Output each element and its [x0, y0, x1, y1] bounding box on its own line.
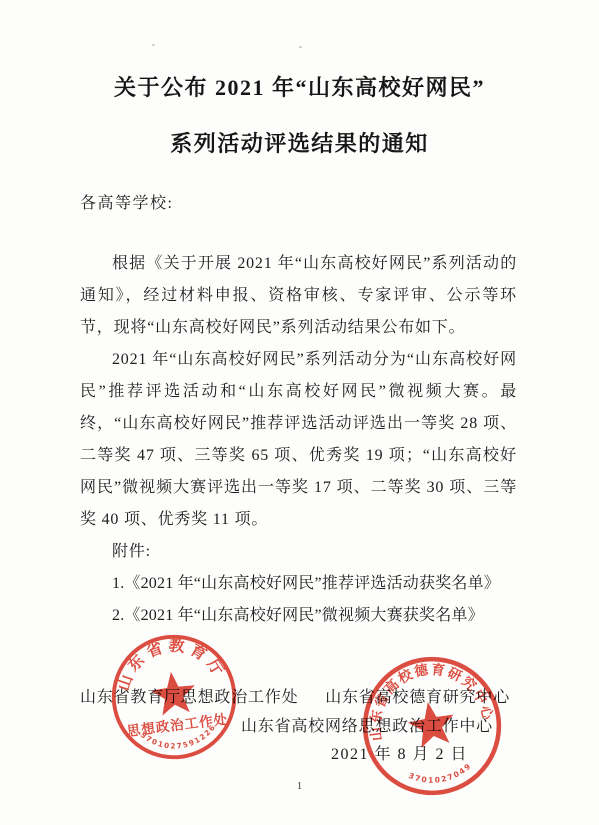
scan-speck [152, 44, 155, 46]
seal-serial: 3701027591226 [138, 721, 220, 755]
document-title-line1: 关于公布 2021 年“山东高校好网民” [0, 60, 599, 116]
salutation: 各高等学校: [80, 190, 173, 213]
attachments-label: 附件: [80, 536, 517, 568]
seal-banner-text: 思想政治工作处 [126, 711, 229, 739]
signature-org-1: 山东省教育厅思想政治工作处 [80, 684, 298, 707]
signature-line-1: 山东省教育厅思想政治工作处 山东省高校德育研究中心 [80, 684, 510, 707]
document-title-line2: 系列活动评选结果的通知 [0, 116, 599, 172]
page-number: 1 [0, 780, 599, 792]
date-line: 2021 年 8 月 2 日 [331, 741, 468, 764]
signature-line-2: 山东省高校网络思想政治工作中心 [241, 713, 493, 736]
document-body: 根据《关于开展 2021 年“山东高校好网民”系列活动的通知》，经过材料申报、资… [80, 248, 517, 632]
paragraph: 根据《关于开展 2021 年“山东高校好网民”系列活动的通知》，经过材料申报、资… [80, 248, 517, 344]
attachment-item: 2.《2021 年“山东高校好网民”微视频大赛获奖名单》 [80, 600, 517, 632]
attachment-item: 1.《2021 年“山东高校好网民”推荐评选活动获奖名单》 [80, 568, 517, 600]
document-page: 关于公布 2021 年“山东高校好网民” 系列活动评选结果的通知 各高等学校: … [0, 0, 599, 825]
paragraph: 2021 年“山东高校好网民”系列活动分为“山东高校好网民”推荐评选活动和“山东… [80, 344, 517, 536]
scan-speck [299, 46, 302, 48]
document-title: 关于公布 2021 年“山东高校好网民” 系列活动评选结果的通知 [0, 60, 599, 172]
signature-org-2: 山东省高校德育研究中心 [325, 684, 510, 707]
